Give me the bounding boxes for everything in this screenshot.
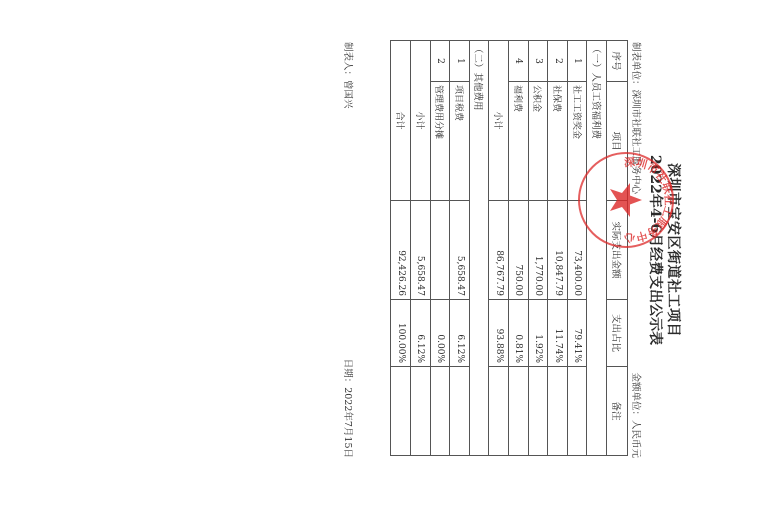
amount-cell: 750.00 [509,201,529,300]
amount-cell: 73,400.00 [567,201,587,300]
percentage-cell: 11.74% [548,300,568,367]
header-index: 序号 [607,41,628,82]
amount-cell: 92,426.26 [391,201,411,300]
section-heading: （二）其他费用 [469,41,489,456]
table-header-row: 序号 项目 实际支出金额 支出占比 备注 [607,41,628,456]
amount-cell: 5,658.47 [411,201,431,300]
percentage-cell: 0.81% [509,300,529,367]
subtotal-label: 小计 [411,41,431,201]
table-row: （一）人员工资福利费 [587,41,607,456]
table-row: 合计92,426.26100.00% [391,41,411,456]
amount-cell [430,201,450,300]
note-cell [548,367,568,456]
table-row: 3公积金1,770.001.92% [528,41,548,456]
percentage-cell: 100.00% [391,300,411,367]
header-percentage: 支出占比 [607,300,628,367]
table-row: 2管理费用分摊0.00% [430,41,450,456]
note-cell [430,367,450,456]
currency-unit: 金额单位：人民币元 [630,372,644,458]
note-cell [391,367,411,456]
note-cell [411,367,431,456]
note-cell [528,367,548,456]
document-title: 深圳市宝安区街道社工项目 [664,40,684,460]
rotated-expense-document: 深圳市宝安区街道社工项目 2022年4-6月经费支出公示表 制表单位：深圳市社联… [332,40,692,460]
document-subtitle: 2022年4-6月经费支出公示表 [646,40,666,460]
amount-cell: 10,847.79 [548,201,568,300]
index-cell: 2 [548,41,568,82]
amount-cell: 86,767.79 [489,201,509,300]
subtotal-label: 小计 [489,41,509,201]
expense-table: 序号 项目 实际支出金额 支出占比 备注 （一）人员工资福利费1社工工资奖金73… [390,40,628,456]
document-date: 日期：2022年7月15日 [342,359,356,458]
percentage-cell: 79.41% [567,300,587,367]
note-cell [489,367,509,456]
note-cell [450,367,470,456]
item-cell: 公积金 [528,82,548,201]
item-cell: 管理费用分摊 [430,82,450,201]
header-note: 备注 [607,367,628,456]
percentage-cell: 6.12% [411,300,431,367]
table-row: 1项目税费5,658.476.12% [450,41,470,456]
note-cell [567,367,587,456]
item-cell: 福利费 [509,82,529,201]
index-cell: 2 [430,41,450,82]
index-cell: 3 [528,41,548,82]
table-row: 小计86,767.7993.88% [489,41,509,456]
index-cell: 4 [509,41,529,82]
item-cell: 项目税费 [450,82,470,201]
percentage-cell: 0.00% [430,300,450,367]
header-item: 项目 [607,82,628,201]
preparing-unit: 制表单位：深圳市社联社工服务中心 [630,42,644,194]
amount-cell: 1,770.00 [528,201,548,300]
index-cell: 1 [450,41,470,82]
item-cell: 社工工资奖金 [567,82,587,201]
percentage-cell: 6.12% [450,300,470,367]
total-label: 合计 [391,41,411,201]
table-row: 4福利费750.000.81% [509,41,529,456]
table-row: 1社工工资奖金73,400.0079.41% [567,41,587,456]
percentage-cell: 93.88% [489,300,509,367]
note-cell [509,367,529,456]
table-row: （二）其他费用 [469,41,489,456]
index-cell: 1 [567,41,587,82]
table-row: 2社保费10,847.7911.74% [548,41,568,456]
item-cell: 社保费 [548,82,568,201]
preparer-name: 制表人：曾国兴 [342,42,356,109]
amount-cell: 5,658.47 [450,201,470,300]
header-amount: 实际支出金额 [607,201,628,300]
percentage-cell: 1.92% [528,300,548,367]
table-row: 小计5,658.476.12% [411,41,431,456]
section-heading: （一）人员工资福利费 [587,41,607,456]
